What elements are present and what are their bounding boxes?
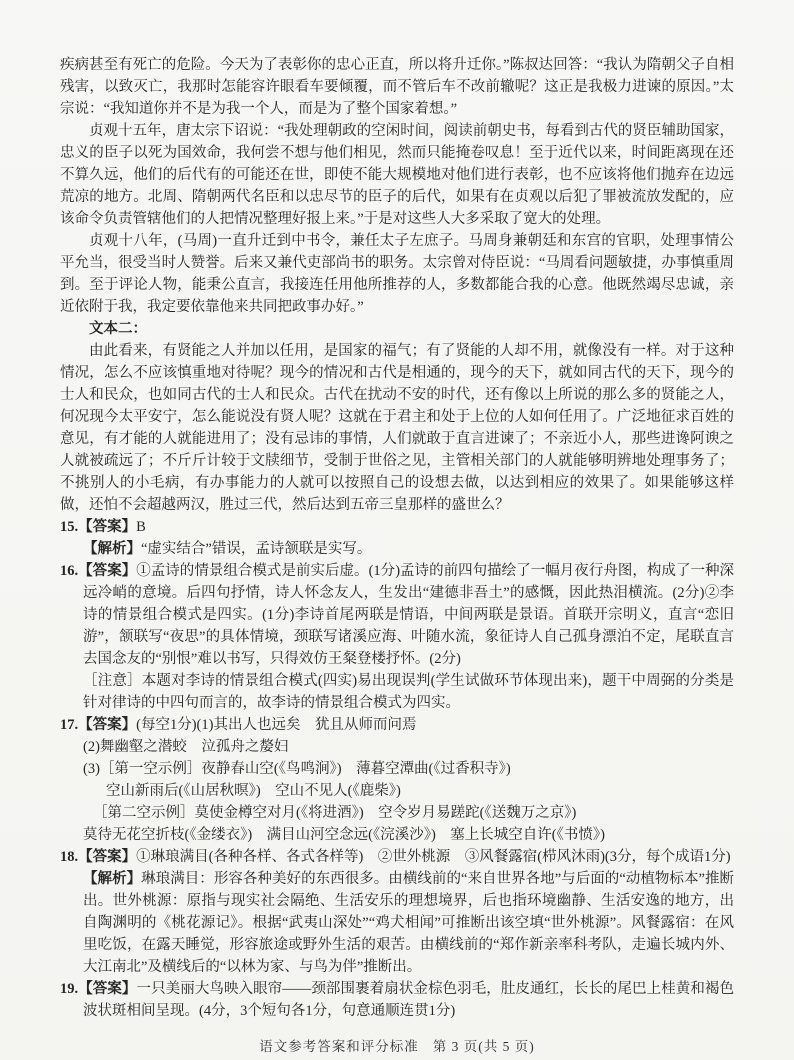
answer-text-19: 一只美丽大鸟映入眼帘——颈部围裹着扇状金棕色羽毛，肚皮通红，长长的尾巴上桂黄和褐… bbox=[83, 981, 734, 1019]
answer-text-17-line5: ［第二空示例］莫使金樽空对月(《将进酒》) 空令岁月易蹉跎(《送魏万之京》) bbox=[60, 802, 734, 824]
answer-text-18: ①琳琅满目(各种各样、各式各样等) ②世外桃源 ③风餐露宿(栉风沐雨)(3分，每… bbox=[136, 849, 730, 865]
question-number-16: 16. bbox=[60, 563, 78, 579]
question-number-19: 19. bbox=[60, 981, 78, 997]
analysis-label-18: 【解析】 bbox=[83, 871, 141, 887]
text2-heading: 文本二： bbox=[60, 318, 734, 340]
document-page: 疾病甚至有死亡的危险。今天为了表彰你的忠心正直，所以将升迁你。”陈叔达回答：“我… bbox=[0, 0, 794, 1060]
answer-label-17: 【答案】 bbox=[78, 717, 136, 733]
answer-text-17-line2: (2)舞幽壑之潜蛟 泣孤舟之嫠妇 bbox=[60, 736, 734, 758]
note-item-16: ［注意］本题对李诗的情景组合模式(四实)易出现误判(学生试做环节体现出来)，题干… bbox=[60, 670, 734, 714]
translation-paragraph-1: 疾病甚至有死亡的危险。今天为了表彰你的忠心正直，所以将升迁你。”陈叔达回答：“我… bbox=[60, 54, 734, 120]
footer-page-info: 第 3 页(共 5 页) bbox=[433, 1039, 535, 1054]
answer-label-16: 【答案】 bbox=[78, 563, 136, 579]
page-body: 疾病甚至有死亡的危险。今天为了表彰你的忠心正直，所以将升迁你。”陈叔达回答：“我… bbox=[60, 54, 734, 1022]
answer-item-16: 16.【答案】①孟诗的情景组合模式是前实后虚。(1分)孟诗的前四句描绘了一幅月夜… bbox=[60, 560, 734, 670]
answer-text-17-line1: (每空1分)(1)其出人也远矣 犹且从师而问焉 bbox=[136, 717, 416, 733]
translation-paragraph-3: 贞观十八年，(马周)一直升迁到中书令，兼任太子左庶子。马周身兼朝廷和东宫的官职，… bbox=[60, 230, 734, 318]
answer-label-15: 【答案】 bbox=[78, 519, 136, 535]
answer-label-18: 【答案】 bbox=[78, 849, 136, 865]
answer-label-19: 【答案】 bbox=[78, 981, 136, 997]
question-number-18: 18. bbox=[60, 849, 78, 865]
text2-paragraph: 由此看来，有贤能之人并加以任用，是国家的福气；有了贤能的人却不用，就像没有一样。… bbox=[60, 340, 734, 516]
answer-item-17: 17.【答案】(每空1分)(1)其出人也远矣 犹且从师而问焉 bbox=[60, 714, 734, 736]
answer-text-15: B bbox=[136, 519, 146, 535]
analysis-text-18: 琳琅满目：形容各种美好的东西很多。由横线前的“来自世界各地”与后面的“动植物标本… bbox=[83, 871, 734, 975]
answer-item-15: 15.【答案】B bbox=[60, 516, 734, 538]
answer-item-18: 18.【答案】①琳琅满目(各种各样、各式各样等) ②世外桃源 ③风餐露宿(栉风沐… bbox=[60, 846, 734, 868]
answer-text-17-line6: 莫待无花空折枝(《金缕衣》) 满目山河空念远(《浣溪沙》) 塞上长城空自许(《书… bbox=[60, 824, 734, 846]
answer-text-16: ①孟诗的情景组合模式是前实后虚。(1分)孟诗的前四句描绘了一幅月夜行舟图，构成了… bbox=[83, 563, 734, 667]
question-number-15: 15. bbox=[60, 519, 78, 535]
translation-paragraph-2: 贞观十五年，唐太宗下诏说：“我处理朝政的空闲时间，阅读前朝史书，每看到古代的贤臣… bbox=[60, 120, 734, 230]
page-footer: 语文参考答案和评分标准第 3 页(共 5 页) bbox=[60, 1036, 734, 1058]
answer-item-19: 19.【答案】一只美丽大鸟映入眼帘——颈部围裹着扇状金棕色羽毛，肚皮通红，长长的… bbox=[60, 978, 734, 1022]
analysis-label-15: 【解析】 bbox=[83, 541, 141, 557]
analysis-item-15: 【解析】“虚实结合”错误，孟诗颔联是实写。 bbox=[60, 538, 734, 560]
answer-text-17-line3: (3)［第一空示例］夜静春山空(《鸟鸣涧》) 薄暮空潭曲(《过香积寺》) bbox=[60, 758, 734, 780]
answer-text-17-line4: 空山新雨后(《山居秋暝》) 空山不见人(《鹿柴》) bbox=[60, 780, 734, 802]
analysis-item-18: 【解析】琳琅满目：形容各种美好的东西很多。由横线前的“来自世界各地”与后面的“动… bbox=[60, 868, 734, 978]
analysis-text-15: “虚实结合”错误，孟诗颔联是实写。 bbox=[141, 541, 371, 557]
question-number-17: 17. bbox=[60, 717, 78, 733]
footer-title: 语文参考答案和评分标准 bbox=[259, 1039, 419, 1054]
